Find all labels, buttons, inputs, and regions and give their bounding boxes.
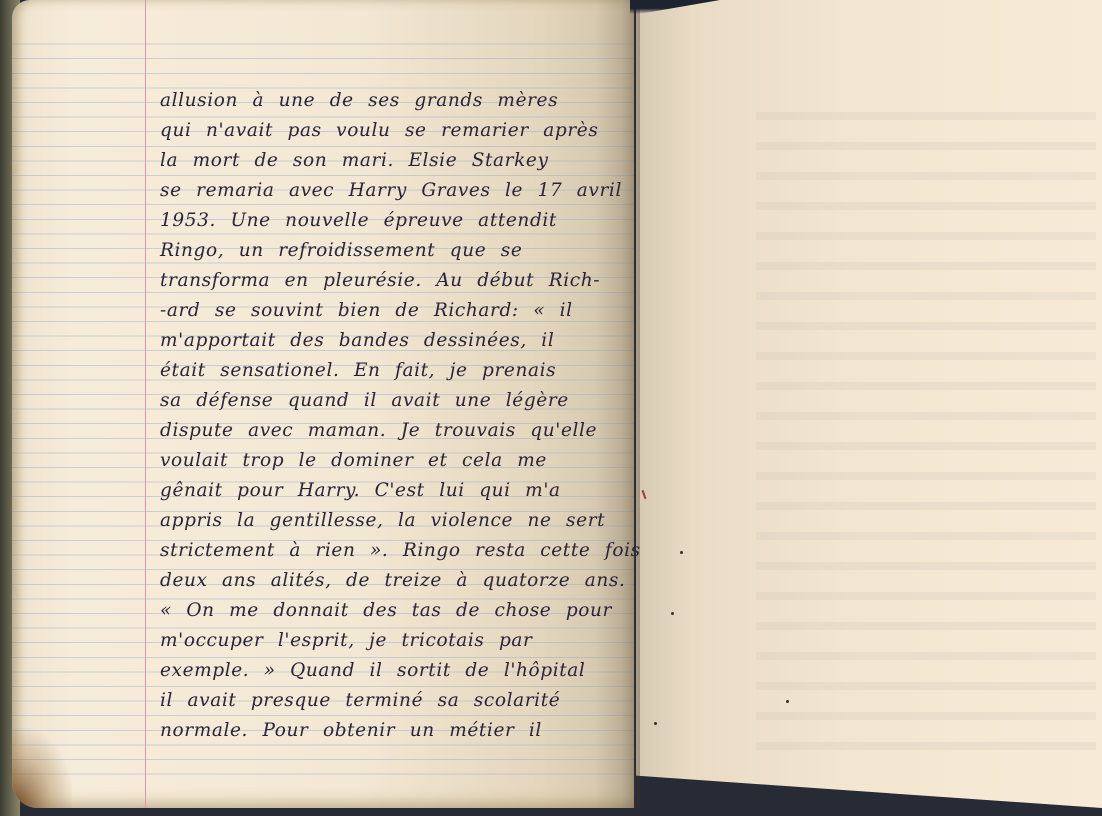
text-line: allusion à une de ses grands mères — [160, 86, 620, 116]
ink-speck — [654, 722, 657, 725]
ink-speck — [671, 612, 674, 615]
text-line: sa défense quand il avait une légère — [160, 386, 620, 416]
text-line: « On me donnait des tas de chose pour — [160, 596, 620, 626]
text-line: Ringo, un refroidissement que se — [160, 236, 620, 266]
text-line: qui n'avait pas voulu se remarier après — [160, 116, 620, 146]
text-line: dispute avec maman. Je trouvais qu'elle — [160, 416, 620, 446]
text-line: appris la gentillesse, la violence ne se… — [160, 506, 620, 536]
text-line: gênait pour Harry. C'est lui qui m'a — [160, 476, 620, 506]
text-line: était sensationel. En fait, je prenais — [160, 356, 620, 386]
text-line: se remaria avec Harry Graves le 17 avril — [160, 176, 620, 206]
handwritten-text: allusion à une de ses grands mères qui n… — [160, 86, 620, 746]
text-line: 1953. Une nouvelle épreuve attendit — [160, 206, 620, 236]
text-line: normale. Pour obtenir un métier il — [160, 716, 620, 746]
ink-speck — [786, 700, 789, 703]
text-line: la mort de son mari. Elsie Starkey — [160, 146, 620, 176]
text-line: voulait trop le dominer et cela me — [160, 446, 620, 476]
text-line: il avait presque terminé sa scolarité — [160, 686, 620, 716]
text-line: exemple. » Quand il sortit de l'hôpital — [160, 656, 620, 686]
ink-bleed-through — [756, 90, 1096, 750]
right-notebook-page — [636, 0, 1102, 808]
text-line: transforma en pleurésie. Au début Rich- — [160, 266, 620, 296]
text-line: m'occuper l'esprit, je tricotais par — [160, 626, 620, 656]
text-line: deux ans alités, de treize à quatorze an… — [160, 566, 620, 596]
text-line: m'apportait des bandes dessinées, il — [160, 326, 620, 356]
margin-rule — [145, 0, 146, 808]
text-line: strictement à rien ». Ringo resta cette … — [160, 536, 620, 566]
ink-speck — [680, 551, 683, 554]
page-stain — [12, 728, 72, 808]
text-line: -ard se souvint bien de Richard: « il — [160, 296, 620, 326]
